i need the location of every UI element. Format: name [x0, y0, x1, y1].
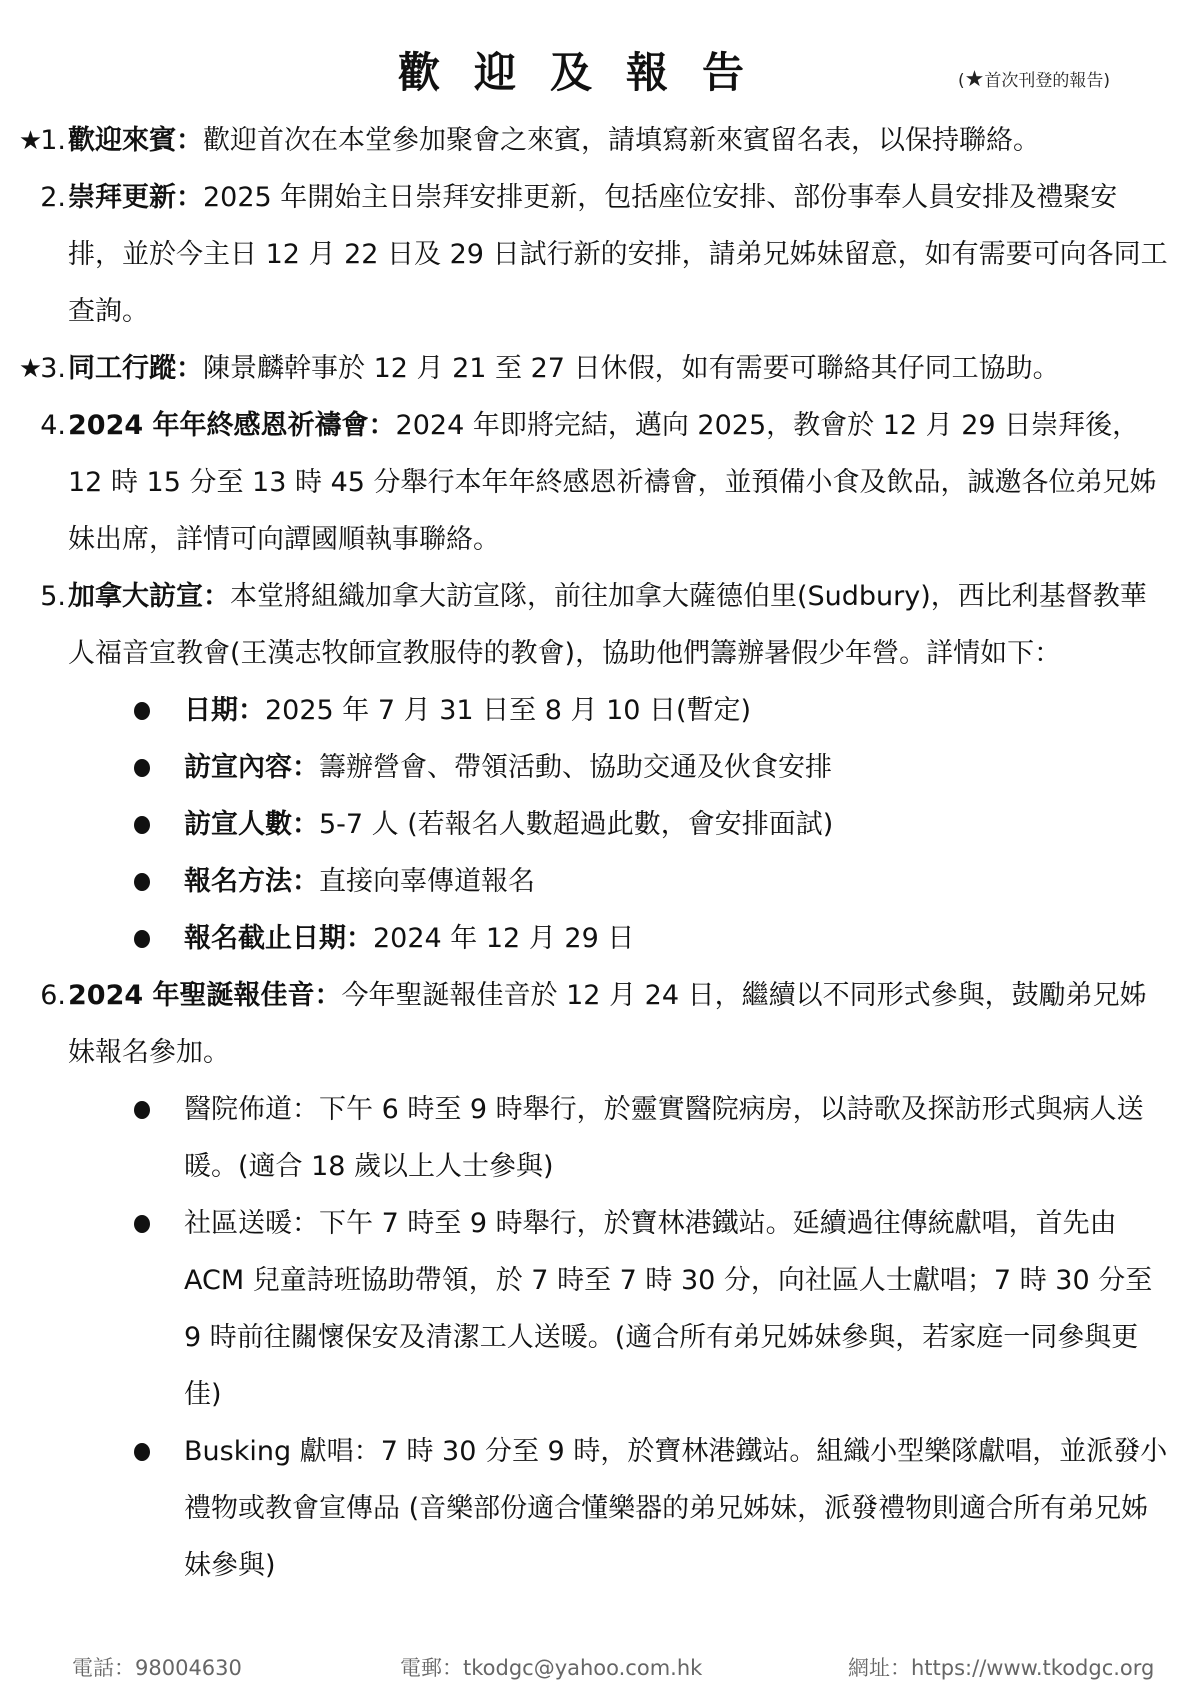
- item-marker: ★1.: [16, 112, 66, 170]
- announcement-item: 5. 加拿大訪宣：本堂將組織加拿大訪宣隊，前往加拿大薩德伯里(Sudbury)，…: [0, 568, 1200, 682]
- detail-item: 醫院佈道：下午 6 時至 9 時舉行，於靈實醫院病房，以詩歌及探訪形式與病人送暖…: [0, 1081, 1200, 1195]
- detail-text: 2025 年 7 月 31 日至 8 月 10 日(暫定): [265, 695, 751, 726]
- note-open-paren: (: [958, 71, 965, 91]
- item-text: 歡迎首次在本堂參加聚會之來賓，請填寫新來賓留名表，以保持聯絡。: [203, 125, 1040, 156]
- bullet-icon: [134, 1443, 150, 1461]
- item-number: 6.: [40, 980, 66, 1011]
- item-label: 歡迎來賓：: [68, 125, 203, 156]
- detail-item: 報名方法：直接向辜傳道報名: [0, 853, 1200, 910]
- star-icon: ★: [965, 67, 985, 92]
- bullet-icon: [134, 930, 150, 948]
- detail-text: 2024 年 12 月 29 日: [373, 923, 634, 954]
- item-number: 4.: [40, 410, 66, 441]
- item-marker: 6.: [16, 967, 66, 1025]
- item-text: 本堂將組織加拿大訪宣隊，前往加拿大薩德伯里(Sudbury)，西比利基督教華人福…: [68, 581, 1147, 669]
- note-text: 首次刊登的報告): [984, 71, 1110, 91]
- footer-phone: 電話：98004630: [72, 1652, 242, 1682]
- bullet-icon: [134, 873, 150, 891]
- announcement-item: 2. 崇拜更新：2025 年開始主日崇拜安排更新，包括座位安排、部份事奉人員安排…: [0, 169, 1200, 340]
- detail-item: 社區送暖：下午 7 時至 9 時舉行，於寶林港鐵站。延續過往傳統獻唱，首先由 A…: [0, 1195, 1200, 1423]
- item-label: 崇拜更新：: [68, 182, 203, 213]
- footer-email[interactable]: 電郵：tkodgc@yahoo.com.hk: [400, 1652, 702, 1682]
- announcement-item: ★3. 同工行蹤：陳景麟幹事於 12 月 21 至 27 日休假，如有需要可聯絡…: [0, 340, 1200, 397]
- bullet-icon: [134, 759, 150, 777]
- item-label: 2024 年年終感恩祈禱會：: [68, 410, 396, 441]
- first-publish-note: (★首次刊登的報告): [958, 66, 1110, 92]
- announcements-list: ★1. 歡迎來賓：歡迎首次在本堂參加聚會之來賓，請填寫新來賓留名表，以保持聯絡。…: [0, 112, 1200, 1594]
- bullet-icon: [134, 1215, 150, 1233]
- detail-label: 報名方法：: [184, 866, 319, 897]
- detail-item: Busking 獻唱：7 時 30 分至 9 時，於寶林港鐵站。組織小型樂隊獻唱…: [0, 1423, 1200, 1594]
- detail-label: Busking 獻唱：: [184, 1436, 381, 1467]
- item-number: 3.: [40, 353, 66, 384]
- detail-item: 訪宣內容：籌辦營會、帶領活動、協助交通及伙食安排: [0, 739, 1200, 796]
- detail-text: 直接向辜傳道報名: [319, 866, 535, 897]
- detail-text: 下午 7 時至 9 時舉行，於寶林港鐵站。延續過往傳統獻唱，首先由 ACM 兒童…: [184, 1208, 1152, 1410]
- item-number: 1.: [40, 125, 66, 156]
- item-marker: 5.: [16, 568, 66, 626]
- item-number: 2.: [40, 182, 66, 213]
- bullet-icon: [134, 1101, 150, 1119]
- item-label: 同工行蹤：: [68, 353, 203, 384]
- detail-label: 社區送暖：: [184, 1208, 319, 1239]
- detail-item: 日期：2025 年 7 月 31 日至 8 月 10 日(暫定): [0, 682, 1200, 739]
- bullet-icon: [134, 702, 150, 720]
- page-header: 歡迎及報告 (★首次刊登的報告): [0, 40, 1200, 100]
- item-text: 陳景麟幹事於 12 月 21 至 27 日休假，如有需要可聯絡其仔同工協助。: [203, 353, 1060, 384]
- item-number: 5.: [40, 581, 66, 612]
- item-label: 加拿大訪宣：: [68, 581, 230, 612]
- detail-label: 醫院佈道：: [184, 1094, 319, 1125]
- star-icon: ★: [19, 354, 42, 384]
- detail-text: 5-7 人 (若報名人數超過此數，會安排面試): [319, 809, 833, 840]
- page-title: 歡迎及報告: [398, 40, 778, 100]
- item-marker: ★3.: [16, 340, 66, 398]
- announcement-item: 6. 2024 年聖誕報佳音：今年聖誕報佳音於 12 月 24 日，繼續以不同形…: [0, 967, 1200, 1081]
- announcement-item: 4. 2024 年年終感恩祈禱會：2024 年即將完結，邁向 2025，教會於 …: [0, 397, 1200, 568]
- announcement-item: ★1. 歡迎來賓：歡迎首次在本堂參加聚會之來賓，請填寫新來賓留名表，以保持聯絡。: [0, 112, 1200, 169]
- item-marker: 2.: [16, 169, 66, 227]
- detail-text: 籌辦營會、帶領活動、協助交通及伙食安排: [319, 752, 832, 783]
- star-icon: ★: [19, 126, 42, 156]
- item-text: 2025 年開始主日崇拜安排更新，包括座位安排、部份事奉人員安排及禮聚安排，並於…: [68, 182, 1168, 327]
- detail-text: 下午 6 時至 9 時舉行，於靈實醫院病房，以詩歌及探訪形式與病人送暖。(適合 …: [184, 1094, 1144, 1182]
- bullet-icon: [134, 816, 150, 834]
- detail-item: 報名截止日期：2024 年 12 月 29 日: [0, 910, 1200, 967]
- footer-website[interactable]: 網址：https://www.tkodgc.org: [848, 1652, 1154, 1682]
- detail-label: 訪宣內容：: [184, 752, 319, 783]
- detail-label: 訪宣人數：: [184, 809, 319, 840]
- item-marker: 4.: [16, 397, 66, 455]
- detail-label: 報名截止日期：: [184, 923, 373, 954]
- item-label: 2024 年聖誕報佳音：: [68, 980, 342, 1011]
- detail-item: 訪宣人數：5-7 人 (若報名人數超過此數，會安排面試): [0, 796, 1200, 853]
- detail-label: 日期：: [184, 695, 265, 726]
